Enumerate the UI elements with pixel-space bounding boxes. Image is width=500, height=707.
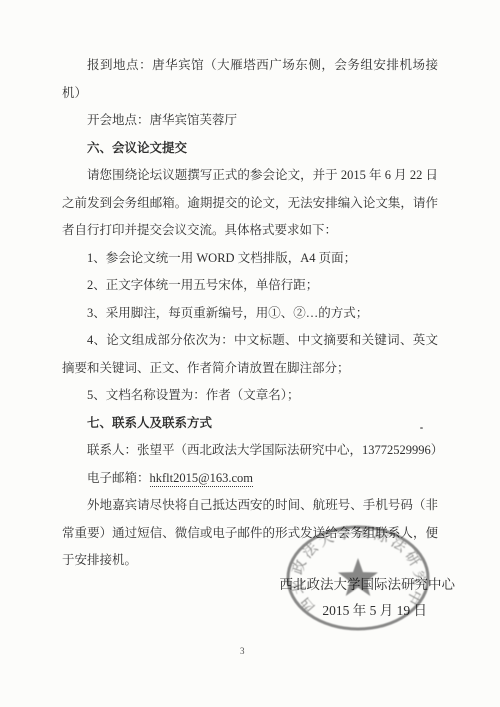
format-item-1: 1、参会论文统一用 WORD 文档排版，A4 页面；	[62, 245, 438, 273]
format-item-4: 4、论文组成部分依次为：中文标题、中文摘要和关键词、英文摘要和关键词、正文、作者…	[62, 327, 438, 382]
format-item-2: 2、正文字体统一用五号宋体，单倍行距；	[62, 272, 438, 300]
scan-speck	[433, 176, 436, 179]
section-7-heading: 七、联系人及联系方式	[62, 410, 438, 438]
scanned-document-page: 报到地点：唐华宾馆（大雁塔西广场东侧，会务组安排机场接机） 开会地点：唐华宾馆芙…	[0, 0, 500, 707]
email-line: 电子邮箱：hkflt2015@163.com	[62, 465, 438, 493]
email-label: 电子邮箱：	[87, 471, 150, 485]
section-6-intro-paragraph: 请您围绕论坛议题撰写正式的参会论文，并于 2015 年 6 月 22 日之前发到…	[62, 162, 438, 245]
page-number: 3	[240, 646, 245, 656]
contact-person-line: 联系人：张望平（西北政法大学国际法研究中心，13772529996）	[62, 437, 438, 465]
official-seal: 西北政法大学国际法研究中心	[283, 522, 433, 634]
section-6-heading: 六、会议论文提交	[62, 135, 438, 163]
scan-speck	[420, 427, 423, 429]
meeting-location-line: 开会地点：唐华宾馆芙蓉厅	[62, 107, 438, 135]
format-item-3: 3、采用脚注，每页重新编号，用①、②…的方式；	[62, 300, 438, 328]
star-icon	[338, 558, 378, 596]
checkin-location-line: 报到地点：唐华宾馆（大雁塔西广场东侧，会务组安排机场接机）	[62, 52, 438, 107]
format-item-5: 5、文档名称设置为：作者（文章名）；	[62, 382, 438, 410]
email-address: hkflt2015@163.com	[150, 471, 254, 487]
document-body: 报到地点：唐华宾馆（大雁塔西广场东侧，会务组安排机场接机） 开会地点：唐华宾馆芙…	[62, 52, 438, 575]
